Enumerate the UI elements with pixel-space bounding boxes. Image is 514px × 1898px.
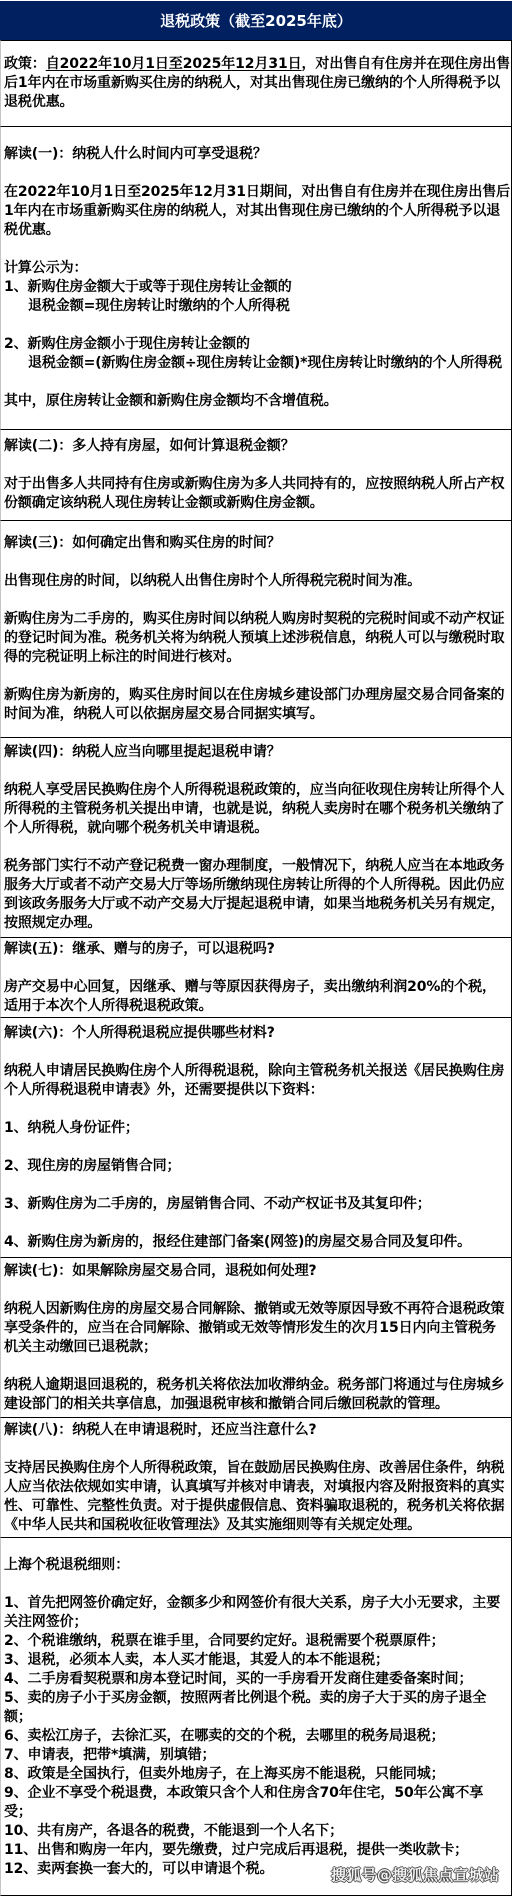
text-line: 适用于本次个人所得税退税政策。 bbox=[4, 997, 511, 1016]
material-item: 1、纳税人身份证件； bbox=[4, 1119, 511, 1138]
interpretation-6-cell: 解读(六)：个人所得税退税应提供哪些材料? 纳税人申请居民换购住房个人所得税退税… bbox=[0, 1017, 512, 1257]
text-line: 新购住房为新房的，购买住房时间以在住房城乡建设部门办理房屋交易合同备案的 bbox=[4, 686, 511, 705]
section-heading: 解读(一)：纳税人什么时间内可享受退税？ bbox=[4, 145, 511, 164]
paragraph: 支持居民换购住房个人所得税政策，旨在鼓励居民换购住房、改善居住条件，纳税 人应当… bbox=[4, 1459, 511, 1535]
section-heading: 解读(二)：多人持有房屋，如何计算退税金额？ bbox=[4, 437, 511, 456]
text-line: 纳税人享受居民换购住房个人所得税退税政策的，应当向征收现住房转让所得个人 bbox=[4, 781, 511, 800]
text-line: 得的完税证明上标注的时间进行核对。 bbox=[4, 648, 511, 667]
text-line: 个人所得税退税申请表》外，还需要提供以下资料： bbox=[4, 1081, 511, 1100]
section-heading: 解读(四)：纳税人应当向哪里提起退税申请？ bbox=[4, 743, 511, 762]
rule-item: 10、共有房产，各退各的税费，不能退到一个人名下； bbox=[4, 1822, 511, 1841]
paragraph: 房产交易中心回复，因继承、赠与等原因获得房子，卖出缴纳利润20%的个税， 适用于… bbox=[4, 978, 511, 1016]
text-line: 在2022年10月1日至2025年12月31日期间，对出售自有住房并在现住房出售… bbox=[4, 183, 511, 202]
rule-item: 5、卖的房子小于买房金额，按照两者比例退个税。卖的房子大于买的房子退全 bbox=[4, 1689, 511, 1708]
policy-sheet: 退税政策（截至2025年底） 政策：自2022年10月1日至2025年12月31… bbox=[0, 1, 512, 1896]
shanghai-rules-cell: 上海个税退税细则： 1、首先把网签价确定好，金额多少和网签价有很大关系，房子大小… bbox=[0, 1537, 512, 1896]
policy-cell: 政策：自2022年10月1日至2025年12月31日，对出售自有住房并在现住房出… bbox=[0, 40, 512, 126]
material-item: 3、新购住房为二手房的，房屋销售合同、不动产权证书及其复印件； bbox=[4, 1195, 511, 1214]
paragraph: 出售现住房的时间，以纳税人出售住房时个人所得税完税时间为准。 bbox=[4, 572, 511, 591]
rule-item: 8、政策是全国执行，但卖外地房子，在上海买房不能退税，只能同城； bbox=[4, 1765, 511, 1784]
section-heading: 解读(三)：如何确定出售和购买住房的时间？ bbox=[4, 534, 511, 553]
rule-item: 9、企业不享受个税退费，本政策只含个人和住房含70年住宅，50年公寓不享 bbox=[4, 1784, 511, 1803]
paragraph: 纳税人因新购住房的房屋交易合同解除、撤销或无效等原因导致不再符合退税政策 享受条… bbox=[4, 1300, 511, 1357]
formula-note: 其中，原住房转让金额和新购住房金额均不含增值税。 bbox=[4, 392, 511, 411]
section-heading: 解读(五)：继承、赠与的房子，可以退税吗? bbox=[4, 940, 511, 959]
text-line: 到该政务服务大厅或不动产交易大厅提起退税申请，如果当地税务机关另有规定， bbox=[4, 895, 511, 914]
material-item: 2、现住房的房屋销售合同； bbox=[4, 1157, 511, 1176]
text-line: 机关主动缴回已退税款； bbox=[4, 1338, 511, 1357]
text-line: 个人所得税，就向哪个税务机关申请退税。 bbox=[4, 819, 511, 838]
text-line: 出售现住房的时间，以纳税人出售住房时个人所得税完税时间为准。 bbox=[4, 572, 511, 591]
formula-condition: 1、新购住房金额大于或等于现住房转让金额的 bbox=[4, 278, 511, 297]
rule-item: 4、二手房看契税票和房本登记时间，买的一手房看开发商住建委备案时间； bbox=[4, 1670, 511, 1689]
policy-date-range: 自2022年10月1日至2025年12月31日 bbox=[46, 56, 302, 72]
policy-line: 政策：自2022年10月1日至2025年12月31日，对出售自有住房并在现住房出… bbox=[4, 55, 511, 74]
text-line: 支持居民换购住房个人所得税政策，旨在鼓励居民换购住房、改善居住条件，纳税 bbox=[4, 1459, 511, 1478]
paragraph: 纳税人享受居民换购住房个人所得税退税政策的，应当向征收现住房转让所得个人 所得税… bbox=[4, 781, 511, 838]
rules-list: 1、首先把网签价确定好，金额多少和网签价有很大关系，房子大小无要求，主要 关注网… bbox=[4, 1594, 511, 1879]
text-line: 服务大厅或者不动产交易大厅等场所缴纳现住房转让所得的个人所得税。因此仍应 bbox=[4, 876, 511, 895]
section-heading: 解读(六)：个人所得税退税应提供哪些材料? bbox=[4, 1024, 511, 1043]
interpretation-5-cell: 解读(五)：继承、赠与的房子，可以退税吗? 房产交易中心回复，因继承、赠与等原因… bbox=[0, 937, 512, 1017]
interpretation-7-cell: 解读(七)：如果解除房屋交易合同，退税如何处理? 纳税人因新购住房的房屋交易合同… bbox=[0, 1257, 512, 1417]
rule-item: 1、首先把网签价确定好，金额多少和网签价有很大关系，房子大小无要求，主要 bbox=[4, 1594, 511, 1613]
rule-item-continued: 关注网签价； bbox=[4, 1613, 511, 1632]
formula-condition: 2、新购住房金额小于现住房转让金额的 bbox=[4, 335, 511, 354]
rule-item: 6、卖松江房子，去徐汇买，在哪卖的交的个税，去哪里的税务局退税； bbox=[4, 1727, 511, 1746]
rule-item: 7、申请表，把带*填满，别填错； bbox=[4, 1746, 511, 1765]
text-line: 税优惠。 bbox=[4, 221, 511, 240]
policy-text: ，对出售自有住房并在现住房出售 bbox=[302, 56, 511, 72]
text-line: 纳税人逾期退回退税的，税务机关将依法加收滞纳金。税务部门将通过与住房城乡 bbox=[4, 1376, 511, 1395]
policy-label: 政策： bbox=[4, 56, 46, 72]
policy-line: 退税优惠。 bbox=[4, 93, 511, 112]
text-line: 建设部门的相关共享信息，加强退税审核和撤销合同后缴回税款的管理。 bbox=[4, 1395, 511, 1414]
paragraph: 税务部门实行不动产登记税费一窗办理制度，一般情况下，纳税人应当在本地政务 服务大… bbox=[4, 857, 511, 933]
interpretation-1-cell: 解读(一)：纳税人什么时间内可享受退税？ 在2022年10月1日至2025年12… bbox=[0, 126, 512, 429]
text-line: 份额确定该纳税人现住房转让金额或新购住房金额。 bbox=[4, 494, 511, 513]
section-heading: 解读(七)：如果解除房屋交易合同，退税如何处理? bbox=[4, 1262, 511, 1281]
paragraph: 新购住房为新房的，购买住房时间以在住房城乡建设部门办理房屋交易合同备案的 时间为… bbox=[4, 686, 511, 724]
formula-intro: 计算公示为： bbox=[4, 259, 511, 278]
text-line: 《中华人民共和国税收征收管理法》及其实施细则等有关规定处理。 bbox=[4, 1516, 511, 1535]
text-line: 纳税人申请居民换购住房个人所得税退税，除向主管税务机关报送《居民换购住房 bbox=[4, 1062, 511, 1081]
paragraph: 纳税人申请居民换购住房个人所得税退税，除向主管税务机关报送《居民换购住房 个人所… bbox=[4, 1062, 511, 1100]
text-line: 新购住房为二手房的，购买住房时间以纳税人购房时契税的完税时间或不动产权证 bbox=[4, 610, 511, 629]
paragraph: 对于出售多人共同持有住房或新购住房为多人共同持有的，应按照纳税人所占产权 份额确… bbox=[4, 475, 511, 513]
section-heading: 上海个税退税细则： bbox=[4, 1556, 511, 1575]
paragraph: 纳税人逾期退回退税的，税务机关将依法加收滞纳金。税务部门将通过与住房城乡 建设部… bbox=[4, 1376, 511, 1414]
policy-line: 后1年内在市场重新购买住房的纳税人，对其出售现住房已缴纳的个人所得税予以 bbox=[4, 74, 511, 93]
paragraph: 在2022年10月1日至2025年12月31日期间，对出售自有住房并在现住房出售… bbox=[4, 183, 511, 240]
text-line: 的登记时间为准。税务机关将为纳税人预填上述涉税信息，纳税人可以与缴税时取 bbox=[4, 629, 511, 648]
rule-item: 2、个税谁缴纳，税票在谁手里，合同要约定好。退税需要个税票原件； bbox=[4, 1632, 511, 1651]
interpretation-4-cell: 解读(四)：纳税人应当向哪里提起退税申请？ 纳税人享受居民换购住房个人所得税退税… bbox=[0, 737, 512, 937]
rule-item: 3、退税，必须本人卖，本人买才能退，其爱人的本不能退税； bbox=[4, 1651, 511, 1670]
text-line: 税务部门实行不动产登记税费一窗办理制度，一般情况下，纳税人应当在本地政务 bbox=[4, 857, 511, 876]
text-line: 性、可靠性、完整性负责。对于提供虚假信息、资料骗取退税的，税务机关将依据 bbox=[4, 1497, 511, 1516]
formula-expression: 退税金额=现住房转让时缴纳的个人所得税 bbox=[4, 297, 511, 316]
text-line: 房产交易中心回复，因继承、赠与等原因获得房子，卖出缴纳利润20%的个税， bbox=[4, 978, 511, 997]
watermark: 搜狐号@搜狐焦点宣城站 bbox=[331, 1866, 499, 1885]
rule-item-continued: 受； bbox=[4, 1803, 511, 1822]
text-line: 时间为准，纳税人可以依据房屋交易合同据实填写。 bbox=[4, 705, 511, 724]
paragraph: 新购住房为二手房的，购买住房时间以纳税人购房时契税的完税时间或不动产权证 的登记… bbox=[4, 610, 511, 667]
text-line: 纳税人因新购住房的房屋交易合同解除、撤销或无效等原因导致不再符合退税政策 bbox=[4, 1300, 511, 1319]
text-line: 1年内在市场重新购买住房的纳税人，对其出售现住房已缴纳的个人所得税予以退 bbox=[4, 202, 511, 221]
page-title: 退税政策（截至2025年底） bbox=[160, 10, 352, 31]
formula-block: 2、新购住房金额小于现住房转让金额的 退税金额=(新购住房金额÷现住房转让金额)… bbox=[4, 335, 511, 373]
text-line: 按照规定办理。 bbox=[4, 914, 511, 933]
interpretation-3-cell: 解读(三)：如何确定出售和购买住房的时间？ 出售现住房的时间，以纳税人出售住房时… bbox=[0, 520, 512, 737]
rule-item-continued: 额； bbox=[4, 1708, 511, 1727]
formula-expression: 退税金额=(新购住房金额÷现住房转让金额)*现住房转让时缴纳的个人所得税 bbox=[4, 354, 511, 373]
section-heading: 解读(八)：纳税人在申请退税时，还应当注意什么? bbox=[4, 1421, 511, 1440]
material-item: 4、新购住房为新房的，报经住建部门备案(网签)的房屋交易合同及复印件。 bbox=[4, 1233, 511, 1252]
interpretation-2-cell: 解读(二)：多人持有房屋，如何计算退税金额？ 对于出售多人共同持有住房或新购住房… bbox=[0, 429, 512, 520]
interpretation-8-cell: 解读(八)：纳税人在申请退税时，还应当注意什么? 支持居民换购住房个人所得税政策… bbox=[0, 1417, 512, 1537]
text-line: 享受条件的，应当在合同解除、撤销或无效等情形发生的次月15日内向主管税务 bbox=[4, 1319, 511, 1338]
text-line: 对于出售多人共同持有住房或新购住房为多人共同持有的，应按照纳税人所占产权 bbox=[4, 475, 511, 494]
text-line: 人应当依法依规如实申请，认真填写并核对申请表，对填报内容及附报资料的真实 bbox=[4, 1478, 511, 1497]
title-banner: 退税政策（截至2025年底） bbox=[0, 1, 512, 40]
formula-block: 计算公示为： 1、新购住房金额大于或等于现住房转让金额的 退税金额=现住房转让时… bbox=[4, 259, 511, 316]
rule-item: 11、出售和购房一年内，要先缴费，过户完成后再退税，提供一类收款卡； bbox=[4, 1841, 511, 1860]
text-line: 所得税的主管税务机关提出申请，也就是说，纳税人卖房时在哪个税务机关缴纳了 bbox=[4, 800, 511, 819]
